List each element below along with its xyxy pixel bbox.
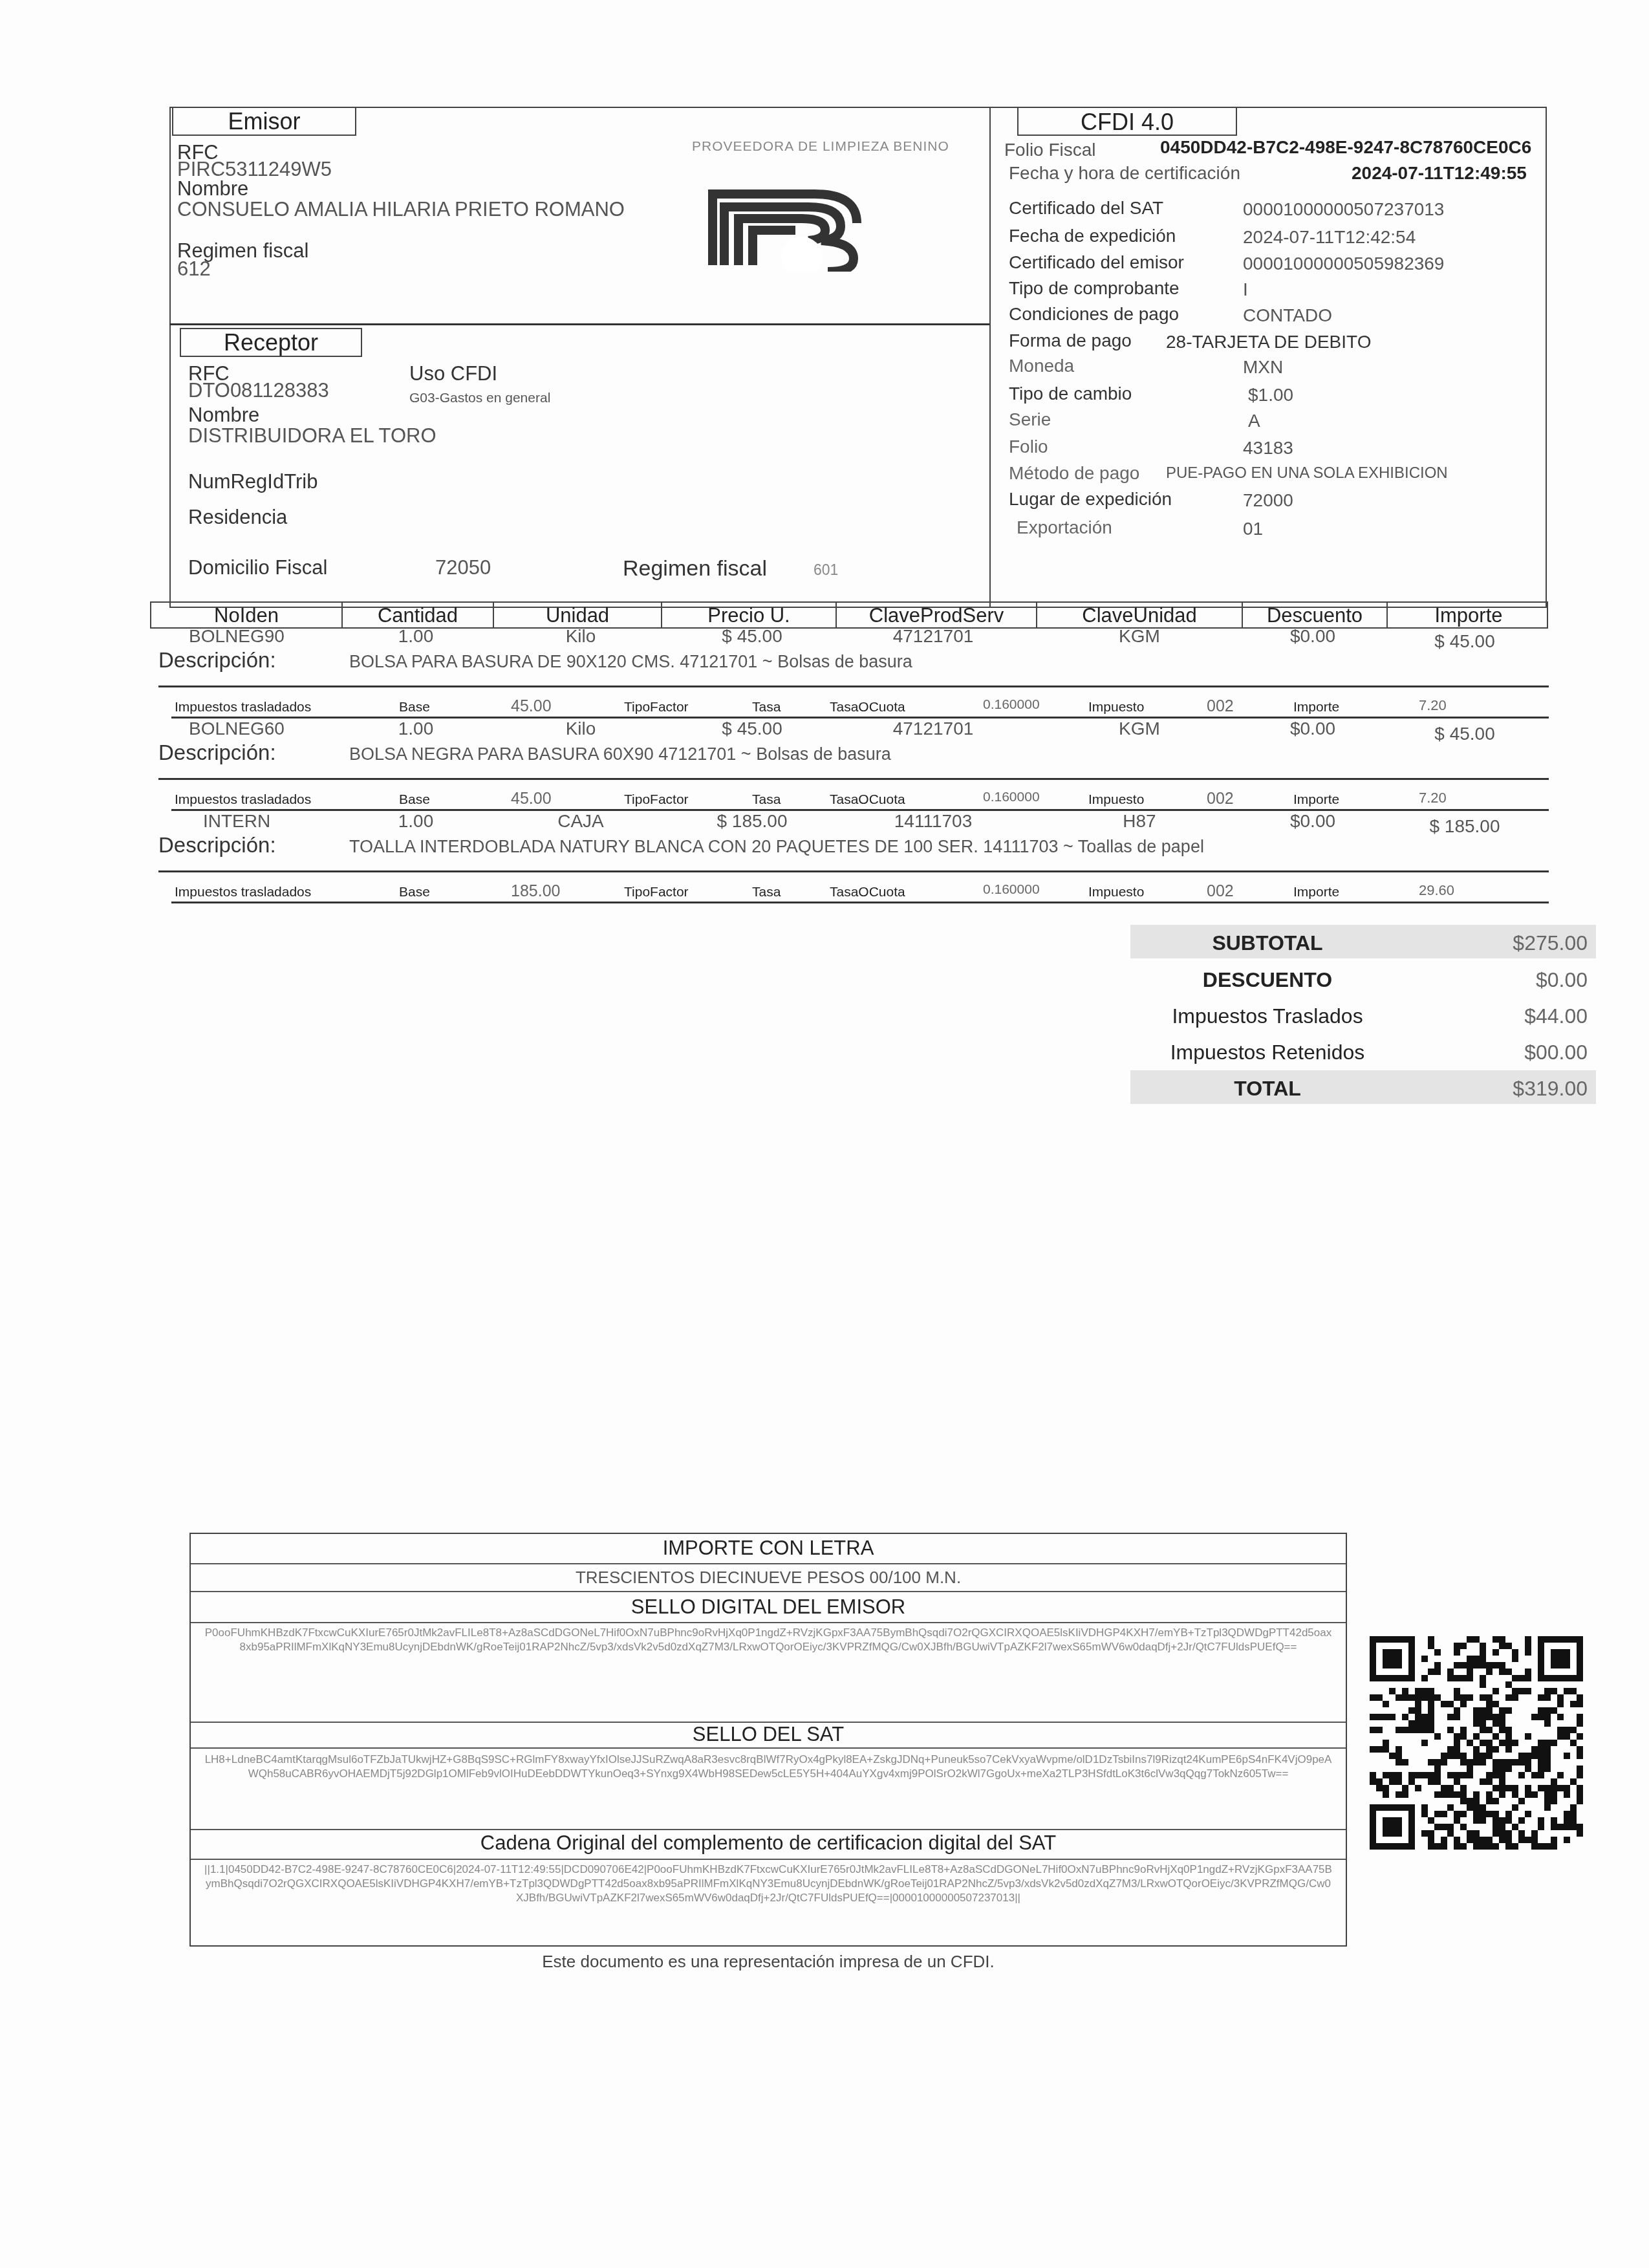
tax-title: Impuestos trasladados [175,885,311,900]
tax-tcv: 0.160000 [983,790,1040,805]
numregidtrib-label: NumRegIdTrib [188,470,318,493]
cfdi-field-value: 2024-07-11T12:42:54 [1243,227,1416,248]
total-label: DESCUENTO [1151,968,1384,992]
item-cantidad: 1.00 [332,718,500,739]
col-cantidad: Cantidad [343,603,494,627]
tax-imp: Impuesto [1088,700,1144,715]
row-divider [158,778,1549,780]
description-label: Descripción: [158,833,276,858]
total-value: $44.00 [1445,1004,1588,1028]
tax-impv: 002 [1207,697,1234,716]
domicilio-fiscal: 72050 [435,556,491,579]
tax-tcv: 0.160000 [983,882,1040,898]
item-importe: $ 185.00 [1381,816,1549,837]
tax-tf: TipoFactor [624,700,689,715]
item-descuento: $0.00 [1229,626,1397,647]
company-tagline: PROVEEDORA DE LIMPIEZA BENINO [692,139,949,155]
item-clave_prod: 47121701 [849,626,1017,647]
total-label: Impuestos Retenidos [1151,1041,1384,1064]
divider [191,1622,1346,1623]
tax-tasa: Tasa [752,885,781,900]
col-claveunidad: ClaveUnidad [1037,603,1243,627]
cfdi-field-value: $1.00 [1248,385,1293,405]
cfdi-field-label: Tipo de comprobante [1009,278,1180,299]
tax-tc: TasaOCuota [830,792,905,808]
company-logo-B-icon [698,168,867,272]
item-precio: $ 45.00 [668,718,836,739]
cfdi-field-label: Fecha de expedición [1009,226,1176,246]
item-descuento: $0.00 [1229,811,1397,832]
tax-imp2: Importe [1293,885,1339,900]
item-descuento: $0.00 [1229,718,1397,739]
emisor-nombre-label: Nombre [177,177,248,200]
cfdi-field-label: Lugar de expedición [1009,489,1172,510]
col-noiden: NoIden [151,603,343,627]
receptor-regimen-label: Regimen fiscal [623,556,767,581]
item-unidad: Kilo [497,626,665,647]
cfdi-field-label: Tipo de cambio [1009,383,1132,404]
emisor-receptor-divider [989,107,991,608]
item-clave_unidad: KGM [1055,718,1223,739]
tax-tasa: Tasa [752,700,781,715]
tax-title: Impuestos trasladados [175,700,311,715]
disclaimer: Este documento es una representación imp… [189,1952,1347,1972]
folio-fiscal-label: Folio Fiscal [1004,140,1096,160]
item-unidad: CAJA [497,811,665,832]
uso-cfdi-label: Uso CFDI [409,362,497,385]
tax-base: Base [399,885,430,900]
sello-sat-title: SELLO DEL SAT [191,1723,1346,1746]
cfdi-field-label: Certificado del emisor [1009,252,1184,273]
col-claveprodserv: ClaveProdServ [837,603,1037,627]
item-clave_prod: 47121701 [849,718,1017,739]
tax-imp2: Importe [1293,792,1339,808]
receptor-header: Receptor [180,328,362,357]
tax-divider [171,902,1549,903]
total-label: Impuestos Traslados [1151,1004,1384,1028]
description-label: Descripción: [158,648,276,673]
tax-base: Base [399,792,430,808]
item-clave_prod: 14111703 [849,811,1017,832]
item-importe: $ 45.00 [1381,724,1549,744]
divider [191,1747,1346,1749]
col-precio: Precio U. [662,603,837,627]
total-value: $275.00 [1445,931,1588,955]
sello-emisor-title: SELLO DIGITAL DEL EMISOR [191,1595,1346,1619]
uso-cfdi: G03-Gastos en general [409,391,550,406]
item-noiden: BOLNEG90 [153,626,321,647]
divider [191,1563,1346,1564]
sello-emisor: P0ooFUhmKHBzdK7FtxcwCuKXIurE765r0JtMk2av… [204,1626,1333,1654]
emisor-header: Emisor [172,107,356,136]
total-value: $00.00 [1445,1041,1588,1064]
total-value: $319.00 [1445,1077,1588,1101]
tax-tc: TasaOCuota [830,885,905,900]
fecha-certificacion-label: Fecha y hora de certificación [1009,163,1240,184]
tax-base: Base [399,700,430,715]
cfdi-field-value: MXN [1243,357,1283,378]
cfdi-field-value: I [1243,279,1248,300]
tax-tasa: Tasa [752,792,781,808]
receptor-nombre: DISTRIBUIDORA EL TORO [188,424,436,448]
cadena-original: ||1.1|0450DD42-B7C2-498E-9247-8C78760CE0… [204,1863,1333,1905]
tax-impv2: 7.20 [1419,697,1447,714]
divider [191,1829,1346,1830]
divider [191,1591,1346,1592]
item-noiden: BOLNEG60 [153,718,321,739]
item-cantidad: 1.00 [332,626,500,647]
cfdi-field-label: Serie [1009,409,1051,430]
tax-tc: TasaOCuota [830,700,905,715]
cfdi-field-value: 72000 [1243,490,1293,511]
row-divider [158,870,1549,872]
cfdi-field-value: CONTADO [1243,305,1332,326]
cfdi-field-label: Condiciones de pago [1009,304,1179,325]
description-label: Descripción: [158,740,276,765]
item-description: BOLSA PARA BASURA DE 90X120 CMS. 4712170… [349,652,912,672]
col-importe: Importe [1388,603,1549,627]
tax-tf: TipoFactor [624,792,689,808]
item-description: TOALLA INTERDOBLADA NATURY BLANCA CON 20… [349,837,1204,857]
emisor-regimen: 612 [177,257,211,281]
tax-imp: Impuesto [1088,885,1144,900]
fecha-certificacion: 2024-07-11T12:49:55 [1352,163,1527,184]
importe-letra: TRESCIENTOS DIECINUEVE PESOS 00/100 M.N. [191,1568,1346,1588]
cfdi-field-label: Forma de pago [1009,330,1132,351]
cfdi-field-label: Método de pago [1009,463,1139,484]
tax-impv: 002 [1207,882,1234,901]
item-cantidad: 1.00 [332,811,500,832]
total-label: SUBTOTAL [1151,931,1384,955]
tax-title: Impuestos trasladados [175,792,311,808]
cadena-original-title: Cadena Original del complemento de certi… [191,1831,1346,1855]
emisor-bottom-line [169,323,989,325]
tax-basev: 45.00 [511,790,552,808]
item-clave_unidad: KGM [1055,626,1223,647]
cfdi-field-label: Certificado del SAT [1009,198,1163,219]
item-clave_unidad: H87 [1055,811,1223,832]
col-unidad: Unidad [494,603,662,627]
domicilio-fiscal-label: Domicilio Fiscal [188,556,327,579]
receptor-nombre-label: Nombre [188,404,259,427]
cfdi-field-value: A [1248,411,1260,431]
importe-letra-title: IMPORTE CON LETRA [191,1537,1346,1560]
tax-basev: 185.00 [511,882,560,901]
tax-impv: 002 [1207,790,1234,808]
cfdi-field-value: 01 [1243,519,1263,539]
tax-impv2: 7.20 [1419,790,1447,806]
cfdi-field-value: 00001000000505982369 [1243,254,1444,274]
residencia-label: Residencia [188,506,287,529]
total-label: TOTAL [1151,1077,1384,1101]
sello-sat: LH8+LdneBC4amtKtarqgMsul6oTFZbJaTUkwjHZ+… [204,1753,1333,1781]
seals-frame: IMPORTE CON LETRA TRESCIENTOS DIECINUEVE… [189,1533,1347,1947]
cfdi-header: CFDI 4.0 [1017,107,1237,136]
emisor-nombre: CONSUELO AMALIA HILARIA PRIETO ROMANO [177,198,625,221]
tax-imp: Impuesto [1088,792,1144,808]
item-importe: $ 45.00 [1381,631,1549,652]
tax-tcv: 0.160000 [983,697,1040,713]
tax-tf: TipoFactor [624,885,689,900]
row-divider [158,686,1549,687]
cfdi-field-value: 28-TARJETA DE DEBITO [1166,332,1371,352]
item-description: BOLSA NEGRA PARA BASURA 60X90 47121701 ~… [349,744,891,764]
receptor-regimen: 601 [814,561,838,579]
cfdi-field-value: PUE-PAGO EN UNA SOLA EXHIBICION [1166,464,1448,482]
items-table-header: NoIden Cantidad Unidad Precio U. ClavePr… [150,601,1548,629]
tax-basev: 45.00 [511,697,552,716]
divider [191,1859,1346,1860]
item-precio: $ 45.00 [668,626,836,647]
cfdi-field-label: Exportación [1017,517,1112,538]
col-descuento: Descuento [1243,603,1388,627]
item-unidad: Kilo [497,718,665,739]
cfdi-field-value: 43183 [1243,438,1293,459]
total-value: $0.00 [1445,968,1588,992]
cfdi-field-value: 00001000000507237013 [1243,199,1444,220]
folio-fiscal: 0450DD42-B7C2-498E-9247-8C78760CE0C6 [1160,137,1531,158]
cfdi-field-label: Moneda [1009,356,1074,376]
item-precio: $ 185.00 [668,811,836,832]
qr-code-icon [1370,1636,1583,1850]
tax-imp2: Importe [1293,700,1339,715]
tax-impv2: 29.60 [1419,882,1454,899]
receptor-rfc: DTO081128383 [188,379,329,402]
item-noiden: INTERN [153,811,321,832]
cfdi-field-label: Folio [1009,437,1048,457]
